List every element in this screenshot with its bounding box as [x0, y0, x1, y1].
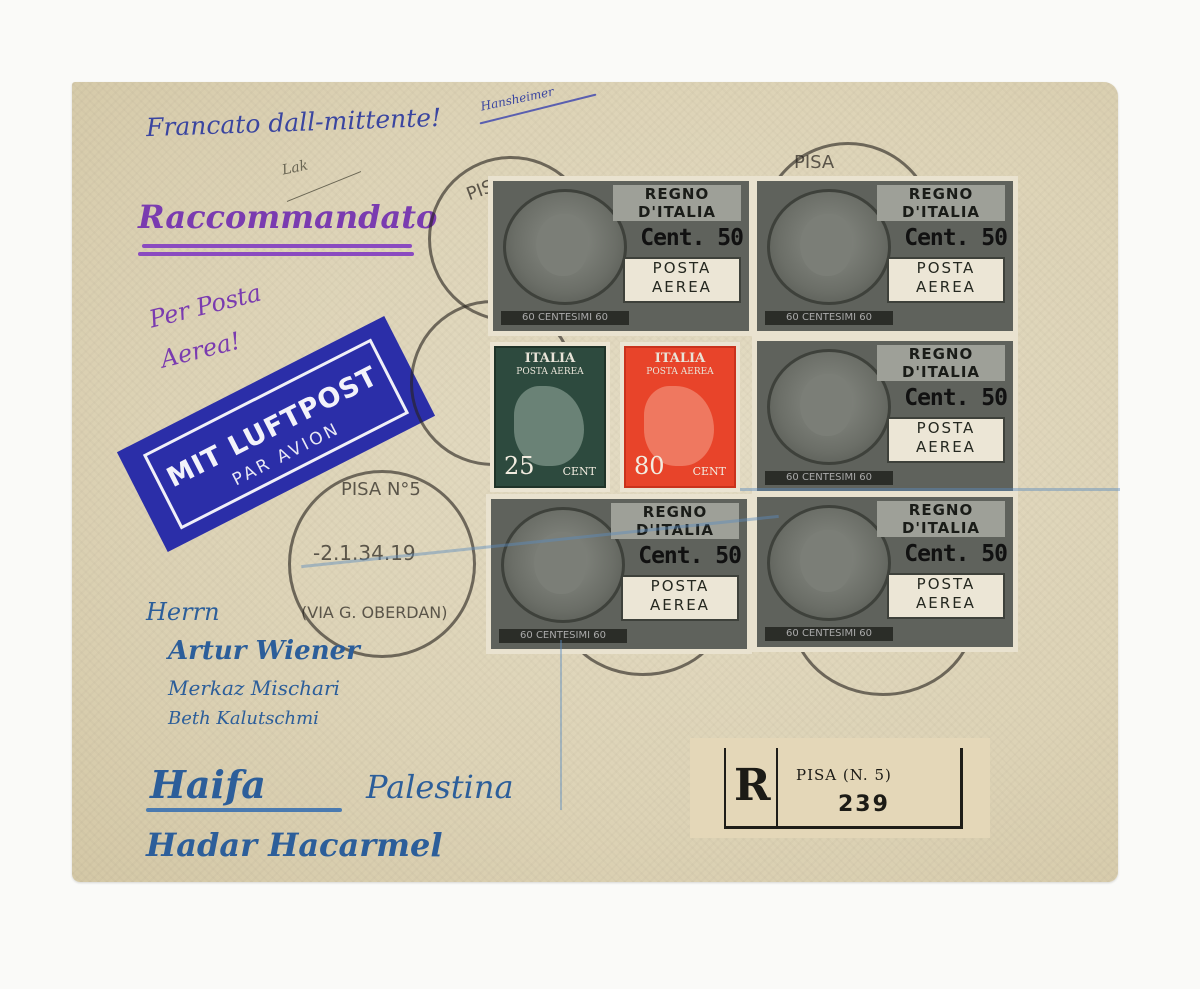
registration-divider: [776, 748, 778, 826]
registered-underline-1: [142, 244, 412, 248]
address-city: Haifa: [150, 762, 266, 807]
stamp-1: REGNOD'ITALIA Cent. 50 POSTAAEREA 60 CEN…: [488, 176, 754, 336]
stamp-80-cent: ITALIA POSTA AEREA 80 CENT: [620, 342, 740, 492]
address-salutation: Herrn: [146, 598, 220, 626]
stamp-2: REGNOD'ITALIA Cent. 50 POSTAAEREA 60 CEN…: [752, 176, 1018, 336]
registration-letter: R: [734, 760, 771, 811]
address-line2: Merkaz Mischari: [168, 676, 340, 700]
address-name: Artur Wiener: [168, 636, 360, 666]
registration-office: PISA (N. 5): [796, 766, 892, 784]
stamp-5: REGNOD'ITALIA Cent. 50 POSTAAEREA 60 CEN…: [752, 492, 1018, 652]
city-underline: [146, 808, 342, 812]
postmark-office: PISA N°5: [341, 479, 421, 500]
registered-note: Raccommandato: [138, 198, 437, 236]
address-line3: Beth Kalutschmi: [168, 708, 319, 729]
stamp-3: REGNOD'ITALIA Cent. 50 POSTAAEREA 60 CEN…: [752, 336, 1018, 496]
stamp-25-cent: ITALIA POSTA AEREA 25 CENT: [490, 342, 610, 492]
registered-underline-2: [138, 252, 414, 256]
postmark-street: (VIA G. OBERDAN): [301, 603, 448, 622]
address-district: Hadar Hacarmel: [146, 826, 443, 864]
postmark-pisa-2: PISA: [794, 152, 834, 173]
registration-number: 239: [838, 792, 890, 817]
blue-crayon-line-3: [560, 640, 562, 810]
address-country: Palestina: [366, 768, 514, 806]
stamp-4: REGNOD'ITALIA Cent. 50 POSTAAEREA 60 CEN…: [486, 494, 752, 654]
blue-crayon-line-2: [740, 488, 1120, 491]
registration-frame: R PISA (N. 5) 239: [724, 748, 963, 829]
registration-label: R PISA (N. 5) 239: [690, 738, 990, 838]
